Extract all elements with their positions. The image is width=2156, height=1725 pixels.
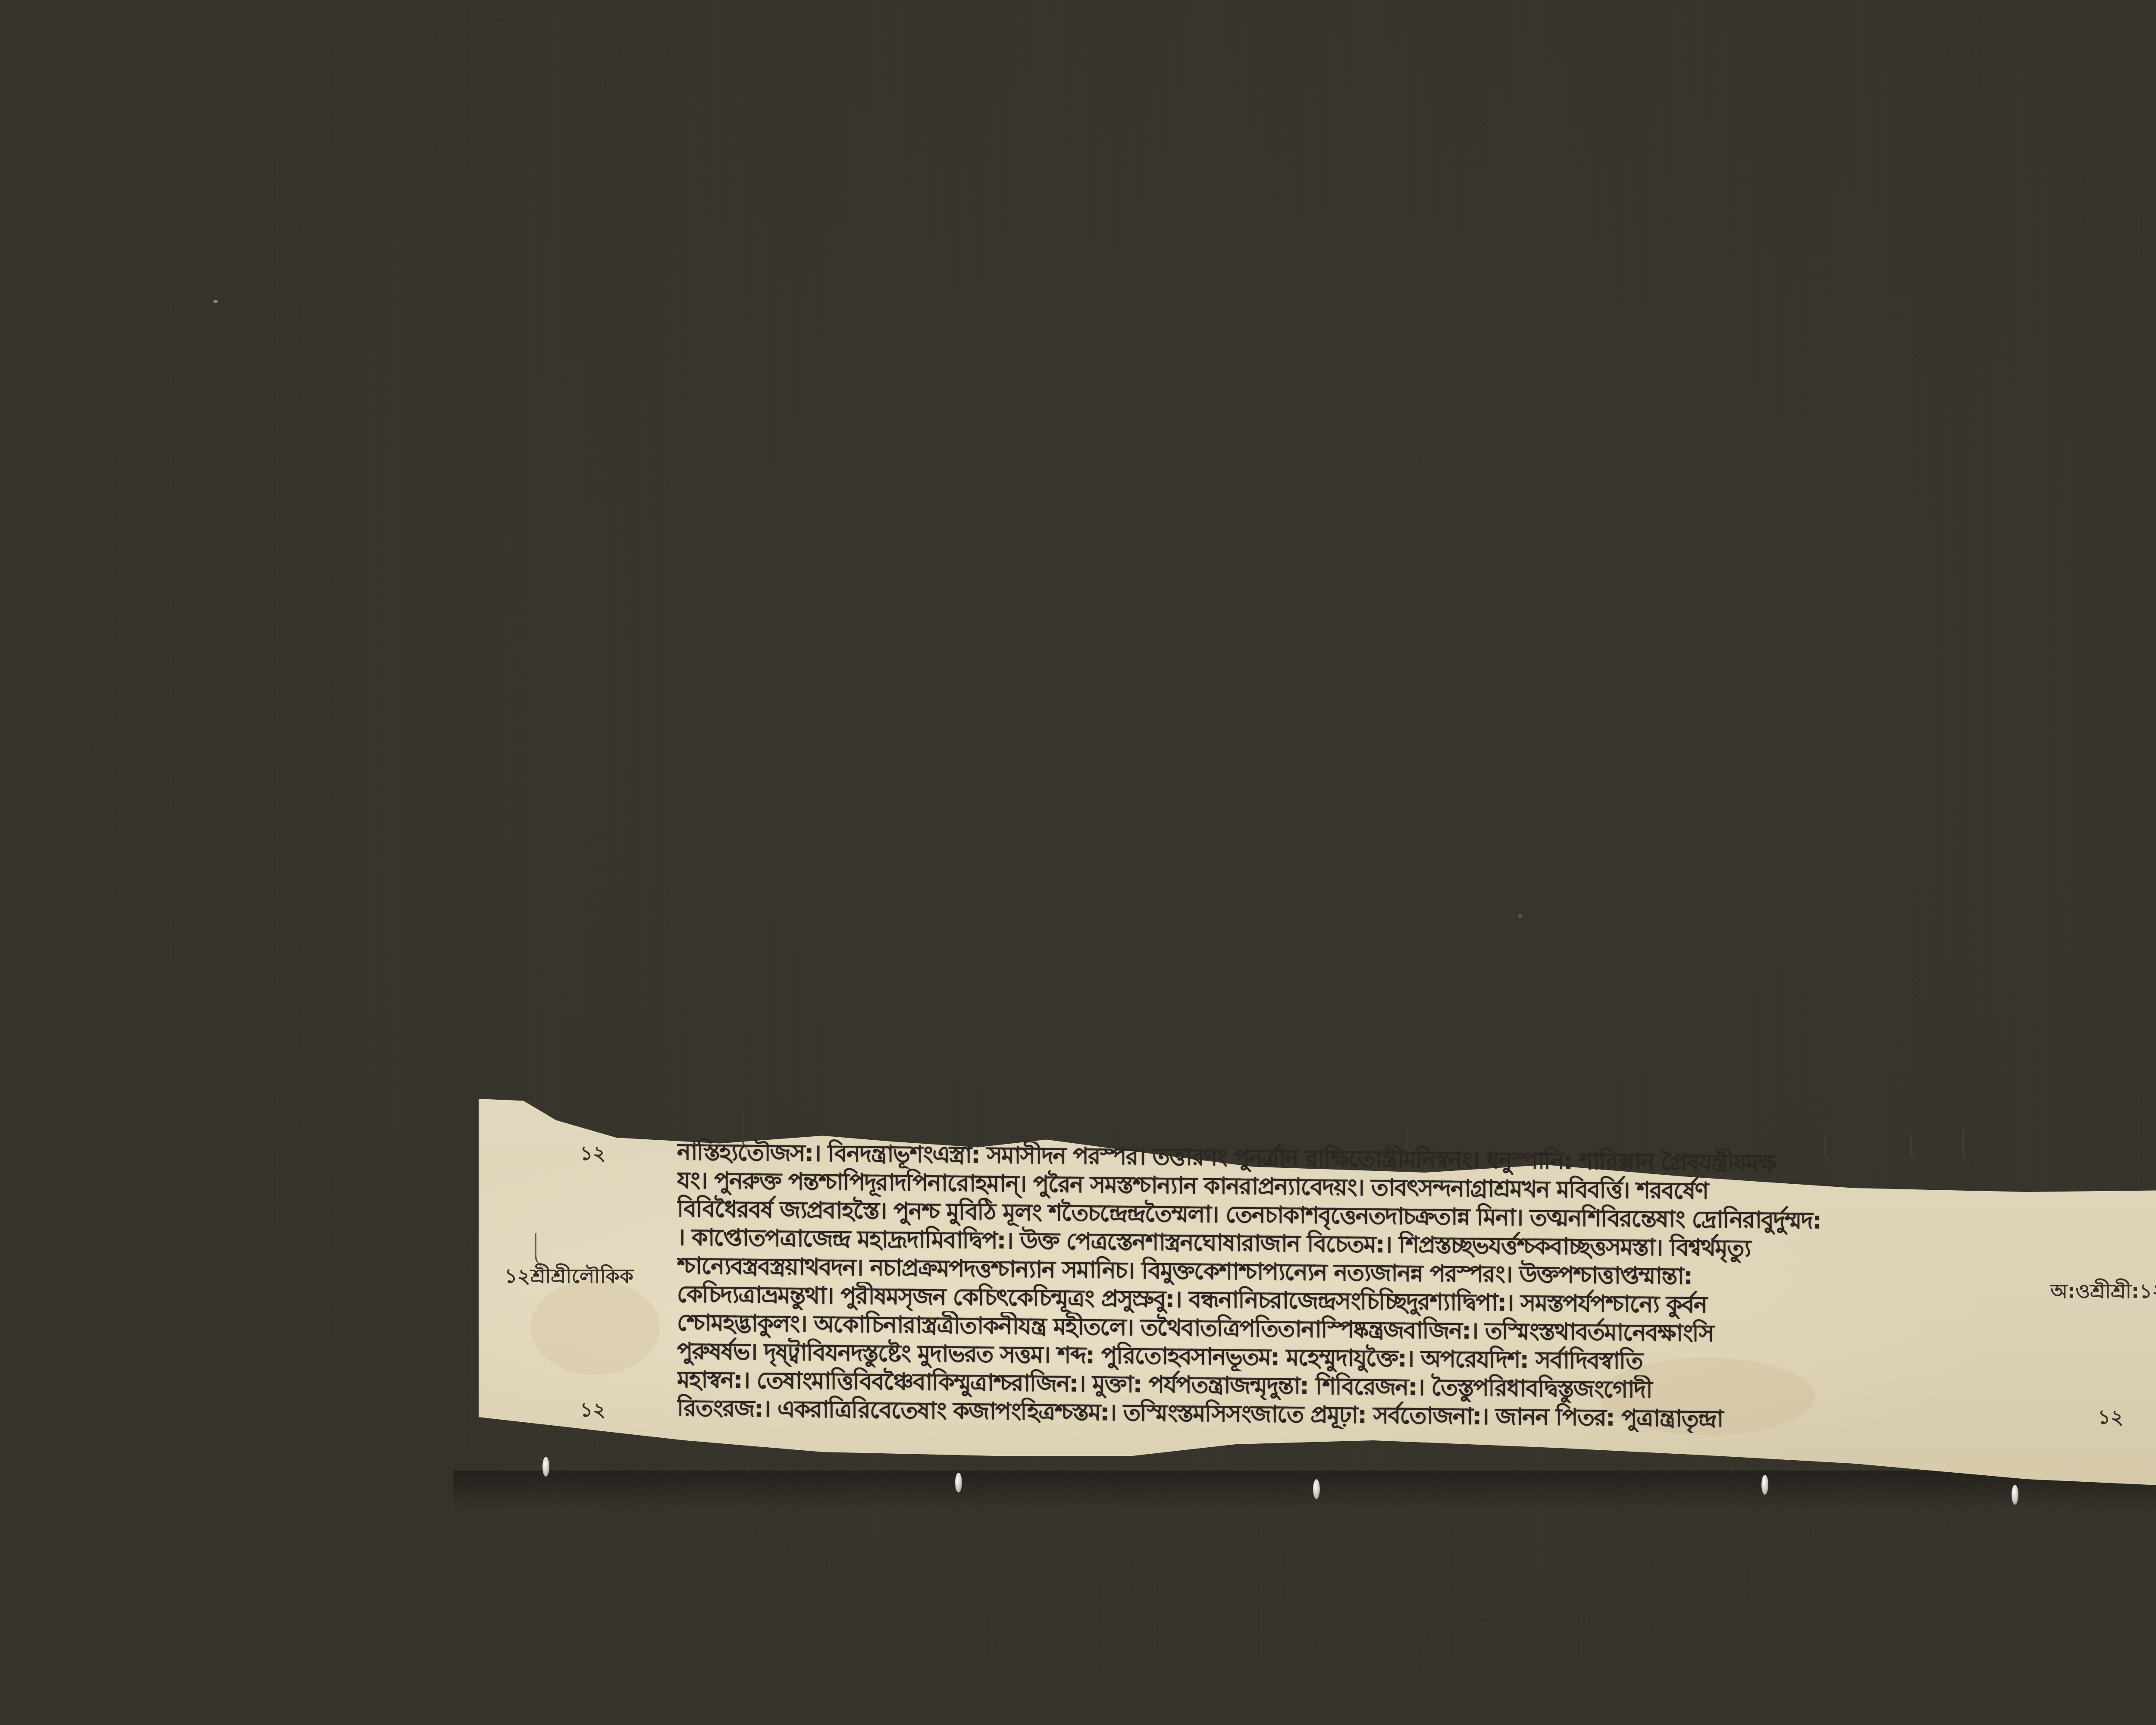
- folio-number-right-top: ১২: [2098, 1159, 2124, 1192]
- mounting-pin: [1761, 1475, 1768, 1495]
- folio-number-left-top: ১২: [580, 1138, 606, 1171]
- paper-stain: [530, 1280, 660, 1375]
- margin-title-left: ১২শ্রীশ্রীলৌকিক: [505, 1261, 633, 1294]
- dust-speck: [213, 300, 218, 303]
- mounting-pin: [955, 1473, 962, 1493]
- mounting-pin: [2012, 1485, 2018, 1505]
- folio-number-left-bottom: ১২: [580, 1395, 606, 1428]
- mounting-pin: [542, 1457, 549, 1477]
- felt-backdrop: [0, 0, 2156, 1725]
- manuscript-text: নাস্তিহ্যতৌজস:। বিনদন্ত্রাভূশংএস্ত্রা: স…: [677, 1138, 2070, 1437]
- manuscript-shadow: [453, 1471, 2156, 1509]
- mounting-pin: [1313, 1479, 1320, 1499]
- folio-number-right-bottom: ১২: [2098, 1402, 2124, 1435]
- dust-speck: [1518, 914, 1522, 918]
